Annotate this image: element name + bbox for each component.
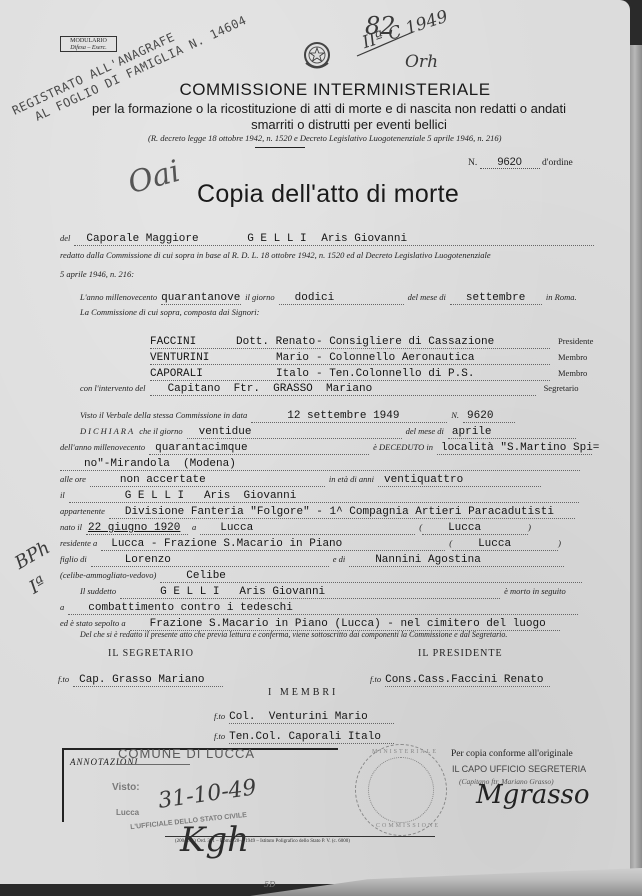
luogo: in Roma. (546, 292, 577, 302)
capo-ufficio-stamp: IL CAPO UFFICIO SEGRETERIA (452, 764, 586, 774)
fto-label: f.to (214, 711, 225, 721)
secretary-line: con l'intervento del Capitano Ftr. GRASS… (80, 378, 579, 396)
law-reference: (R. decreto legge 18 ottobre 1942, n. 15… (148, 133, 501, 143)
member-role: Presidente (554, 336, 593, 346)
residente-label: residente a (60, 538, 97, 548)
giorno-label: che il giorno (139, 426, 182, 436)
eta-label: in età di anni (329, 474, 374, 484)
closing-text: Del che si è redatto il presente atto ch… (80, 630, 507, 639)
segretario-name: Cap. Grasso Mariano (73, 674, 223, 687)
secretary-label: con l'intervento del (80, 383, 146, 393)
membro-2-signature: f.to Ten.Col. Caporali Italo (214, 726, 394, 744)
footer-divider (165, 836, 435, 837)
mese-label: del mese di (408, 292, 446, 302)
fto-label: f.to (58, 674, 69, 684)
suddetto-label: Il suddetto (80, 586, 116, 596)
mese-value: settembre (450, 292, 542, 305)
seal-text-bottom: COMMISSIONE (376, 823, 440, 829)
presidente-signature: f.to Cons.Cass.Faccini Renato (370, 669, 550, 687)
surname: G E L L I (205, 233, 306, 245)
meeting-date-line: L'anno millenovecento quarantanove il gi… (80, 287, 577, 305)
del-label: del (60, 233, 70, 243)
stamp-rule (118, 764, 190, 765)
comune-stamp: COMUNE DI LUCCA (118, 746, 255, 761)
printer-imprint: (2004101) Ord. 331 – Roma, 28-4-1949 – I… (175, 839, 350, 844)
page-edge (630, 45, 642, 896)
document-title: Copia dell'atto di morte (197, 180, 459, 209)
member-role: Membro (554, 368, 587, 378)
seal-text-top: MINISTERIALE (372, 749, 438, 755)
e-di-label: e di (333, 554, 346, 564)
appartenente-label: appartenente (60, 506, 105, 516)
presidente-heading: IL PRESIDENTE (418, 648, 503, 659)
figlio-label: figlio di (60, 554, 87, 564)
member-role: Membro (554, 352, 587, 362)
ore-label: alle ore (60, 474, 86, 484)
redatto-text: redatto dalla Commissione di cui sopra i… (60, 250, 491, 260)
copy-certification: Per copia conforme all'originale (451, 749, 573, 759)
segretario-signature: f.to Cap. Grasso Mariano (58, 669, 223, 687)
order-number: N. 9620 d'ordine (468, 156, 573, 169)
il-label: il (60, 490, 65, 500)
handwritten-initials: Orh (405, 52, 438, 72)
modulario-sublabel: Difesa – Eserc. (61, 45, 116, 52)
giorno-value: dodici (279, 292, 404, 305)
fto-label: f.to (214, 731, 225, 741)
verbale-label: Visto il Verbale della stessa Commission… (80, 410, 247, 420)
morto-label: è morto in seguito (504, 586, 566, 596)
commission-subtitle-1: per la formazione o la ricostituzione di… (0, 101, 630, 116)
membro-1-name: Col. Venturini Mario (229, 711, 394, 724)
secretary-role: Segretario (540, 383, 579, 393)
given-names: Aris Giovanni (313, 233, 407, 245)
rank: Caporale Maggiore (74, 233, 198, 245)
burial-line: ed è stato sepolto a Frazione S.Macario … (60, 613, 560, 631)
dichiara-label: DICHIARA (80, 426, 135, 436)
secretary-value: Capitano Ftr. GRASSO Mariano (150, 383, 536, 396)
anno-value: quarantanove (161, 292, 241, 305)
presidente-name: Cons.Cass.Faccini Renato (385, 674, 550, 687)
nato-label: nato il (60, 522, 82, 532)
stato-label: (celibe-ammogliato-vedovo) (60, 570, 156, 580)
sepolto-label: ed è stato sepolto a (60, 618, 126, 628)
membro-1-signature: f.to Col. Venturini Mario (214, 706, 394, 724)
deceduto-label: è DECEDUTO in (373, 442, 433, 452)
a-label: a (60, 602, 64, 612)
commission-seal: MINISTERIALE COMMISSIONE (355, 744, 447, 836)
modulario-label: MODULARIO (61, 38, 116, 45)
membri-heading: I MEMBRI (268, 687, 338, 698)
a-label: a (192, 522, 196, 532)
capo-signature: Mgrasso (476, 780, 590, 810)
modulario-box: MODULARIO Difesa – Eserc. (60, 36, 117, 52)
anno-label: dell'anno millenovecento (60, 442, 145, 452)
mese-label: del mese di (406, 426, 444, 436)
redatto-text-2: 5 aprile 1946, n. 216: (60, 269, 134, 279)
order-value: 9620 (480, 156, 540, 169)
order-label-suffix: d'ordine (542, 158, 573, 168)
lucca-stamp: Lucca (116, 808, 139, 817)
fto-label: f.to (370, 674, 381, 684)
anno-label: L'anno millenovecento (80, 292, 157, 302)
segretario-heading: IL SEGRETARIO (108, 648, 194, 659)
composta-label: La Commissione di cui sopra, composta da… (80, 307, 259, 317)
membro-2-name: Ten.Col. Caporali Italo (229, 731, 394, 744)
subject-value: Caporale Maggiore G E L L I Aris Giovann… (74, 233, 594, 246)
page-mark: 5D (264, 880, 276, 889)
italian-republic-emblem-icon (300, 38, 334, 74)
verbale-n-label: N. (451, 410, 459, 420)
commission-subtitle-2: smarriti o distrutti per eventi bellici (0, 117, 630, 132)
order-label-prefix: N. (468, 158, 477, 168)
visto-stamp: Visto: (112, 782, 140, 793)
divider (255, 147, 305, 148)
subject-line: del Caporale Maggiore G E L L I Aris Gio… (60, 228, 594, 246)
giorno-label: il giorno (245, 292, 275, 302)
